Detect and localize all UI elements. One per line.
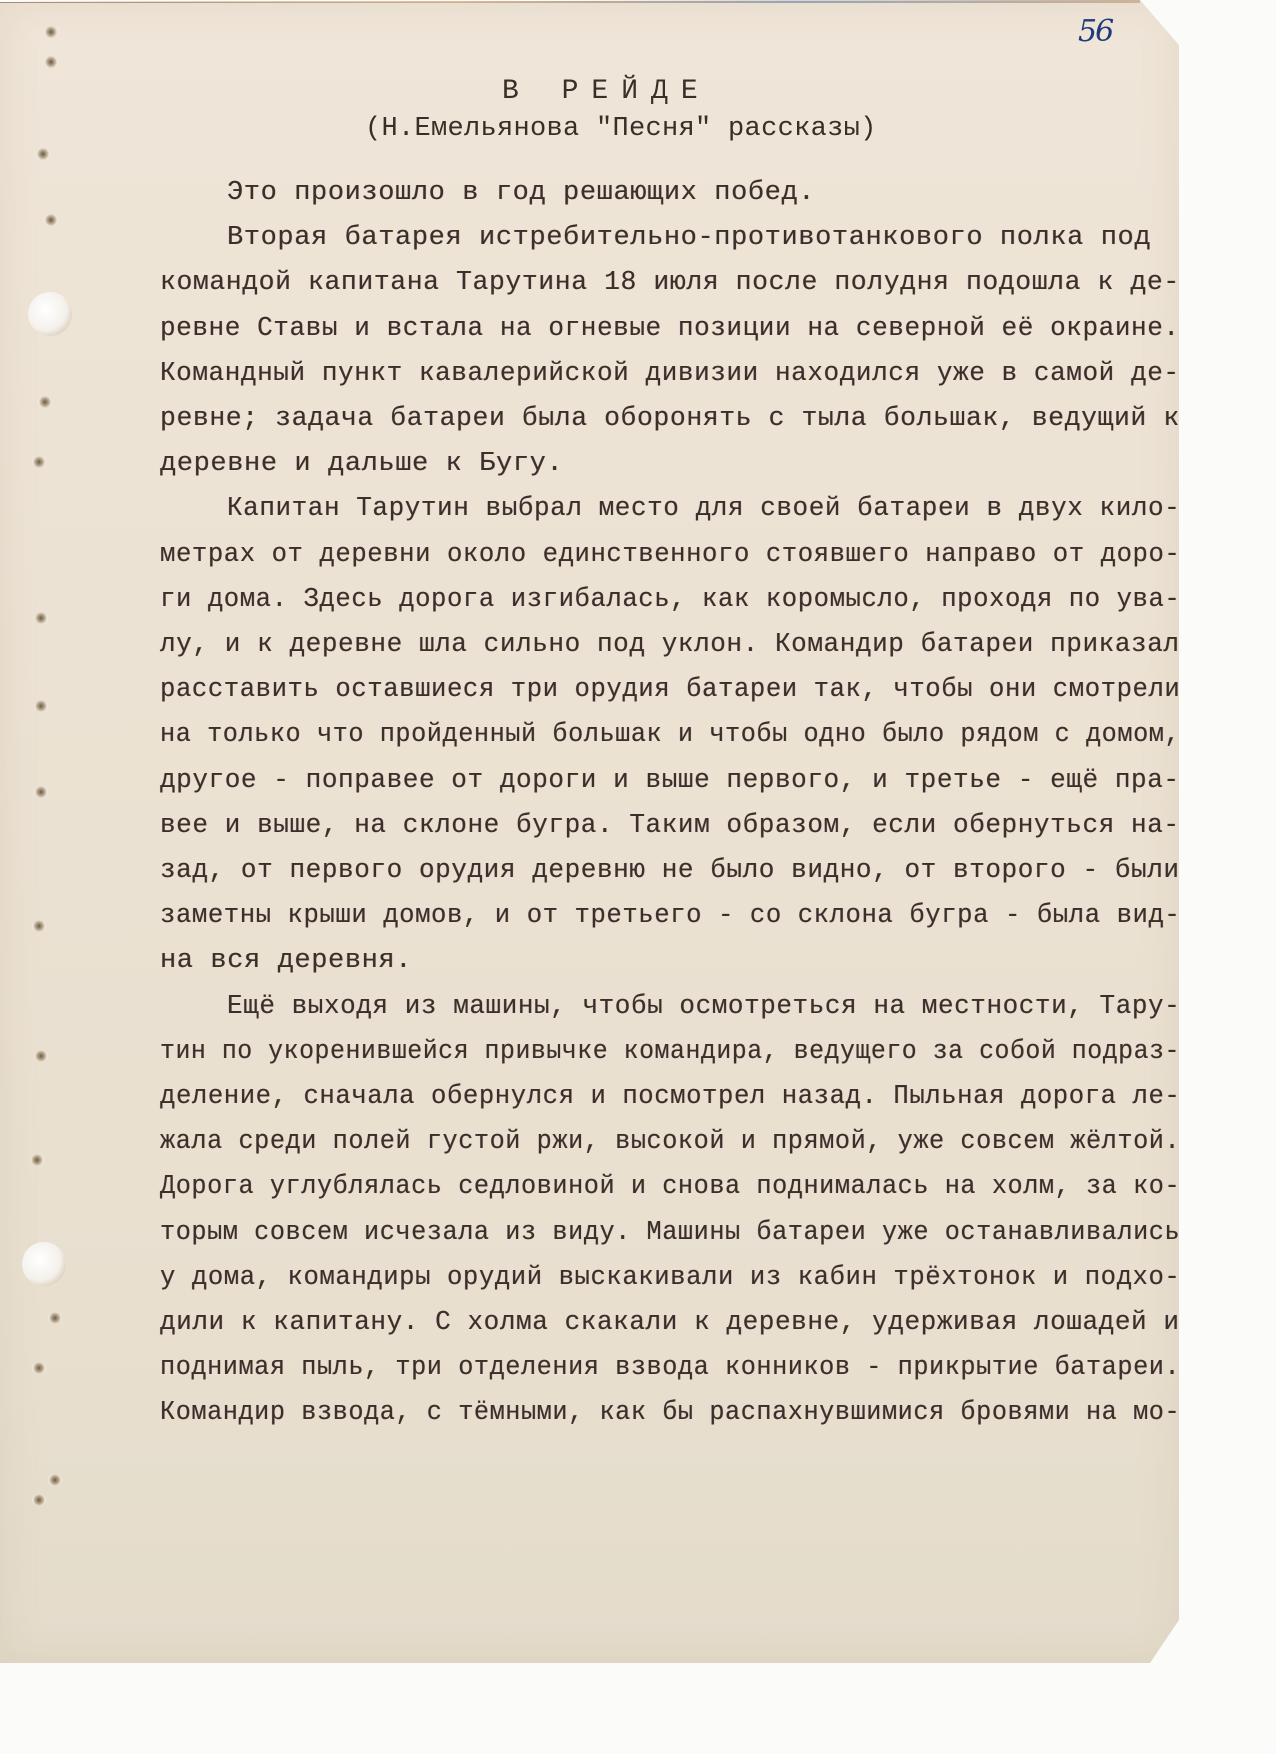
text-line: деревне и дальше к Бугу.: [160, 449, 563, 479]
text-line: Дорога углублялась седловиной и снова по…: [160, 1172, 1180, 1202]
punch-hole-large: [28, 292, 72, 336]
text-line: Ещё выходя из машины, чтобы осмотреться …: [227, 992, 1180, 1022]
text-line: на вся деревня.: [160, 946, 412, 976]
text-line: командой капитана Тарутина 18 июля после…: [160, 268, 1180, 298]
text-line: деление, сначала обернулся и посмотрел н…: [160, 1082, 1180, 1112]
paper-top-edge: [0, 0, 1140, 3]
text-line: на только что пройденный большак и чтобы…: [160, 720, 1180, 750]
text-line: ревне; задача батареи была оборонять с т…: [160, 404, 1180, 434]
punch-hole: [48, 1312, 62, 1324]
punch-hole: [48, 1474, 62, 1486]
punch-hole: [32, 456, 46, 468]
text-line: Это произошло в год решающих побед.: [227, 178, 815, 208]
text-line: Командный пункт кавалерийской дивизии на…: [160, 359, 1180, 389]
punch-hole: [34, 1050, 48, 1062]
text-line: торым совсем исчезала из виду. Машины ба…: [160, 1218, 1180, 1248]
text-line: тин по укоренившейся привычке командира,…: [160, 1037, 1180, 1067]
punch-hole: [44, 214, 58, 226]
text-line: другое - поправее от дороги и выше перво…: [160, 766, 1180, 796]
punch-hole: [44, 56, 58, 68]
punch-hole: [32, 920, 46, 932]
text-line: заметны крыши домов, и от третьего - со …: [160, 901, 1180, 931]
punch-hole: [36, 148, 50, 160]
paper-sheet: 56 В РЕЙДЕ (Н.Емельянова "Песня" рассказ…: [0, 0, 1179, 1663]
text-line: лу, и к деревне шла сильно под уклон. Ко…: [160, 630, 1180, 660]
text-line: зад, от первого орудия деревню не было в…: [160, 856, 1180, 886]
text-line: Вторая батарея истребительно-противотанк…: [227, 223, 1151, 253]
document-title: В РЕЙДЕ: [0, 76, 1179, 107]
punch-hole-large: [22, 1242, 66, 1286]
document-subtitle: (Н.Емельянова "Песня" рассказы): [365, 114, 877, 144]
punch-hole: [44, 26, 58, 38]
punch-hole: [32, 1494, 46, 1506]
text-line: Капитан Тарутин выбрал место для своей б…: [227, 494, 1180, 524]
text-line: поднимая пыль, три отделения взвода конн…: [160, 1353, 1180, 1383]
punch-hole: [30, 1154, 44, 1166]
text-line: жала среди полей густой ржи, высокой и п…: [160, 1127, 1180, 1157]
punch-hole: [38, 396, 52, 408]
text-line: Командир взвода, с тёмными, как бы распа…: [160, 1398, 1180, 1428]
text-line: ги дома. Здесь дорога изгибалась, как ко…: [160, 585, 1180, 615]
punch-hole: [34, 612, 48, 624]
text-line: ревне Ставы и встала на огневые позиции …: [160, 314, 1180, 344]
page-number: 56: [1078, 14, 1112, 49]
text-line: расставить оставшиеся три орудия батареи…: [160, 675, 1180, 705]
text-line: дили к капитану. С холма скакали к дерев…: [160, 1308, 1180, 1338]
punch-hole: [32, 1362, 46, 1374]
text-line: метрах от деревни около единственного ст…: [160, 540, 1180, 570]
text-line: вее и выше, на склоне бугра. Таким образ…: [160, 811, 1180, 841]
punch-hole: [34, 786, 48, 798]
text-line: у дома, командиры орудий выскакивали из …: [160, 1263, 1180, 1293]
punch-hole: [34, 700, 48, 712]
